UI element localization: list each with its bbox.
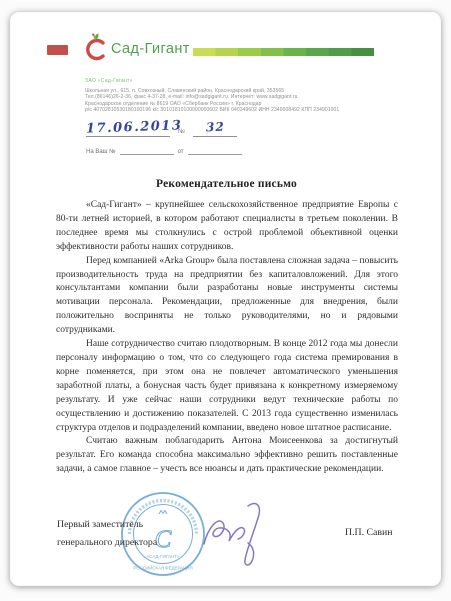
number-underline: 32 — [193, 118, 237, 137]
address-block: Школьная ул., 615, п. Совхозный, Славянс… — [85, 88, 339, 114]
green-gradient-bar — [193, 48, 374, 56]
reply-date-blank — [188, 148, 242, 155]
handwritten-date: 17.06.2013 — [86, 118, 183, 136]
date-underline: 17.06.2013 — [86, 118, 170, 137]
handwritten-number: 32 — [205, 120, 224, 135]
letter-document: Сад-Гигант ЗАО «Сад-Гигант» Школьная ул.… — [10, 12, 441, 586]
company-logo-icon — [82, 32, 109, 64]
signer-name: П.П. Савин — [345, 527, 393, 538]
signer-position-line: Первый заместитель — [57, 516, 157, 534]
paragraph: Считаю важным поблагодарить Антона Моисе… — [56, 435, 398, 477]
address-line: р/с 40702810530180100196 к/с 30101810100… — [85, 107, 339, 113]
reply-number-blank — [120, 148, 174, 155]
signer-position: Первый заместитель генерального директор… — [57, 516, 157, 552]
reference-row: 17.06.2013 № 32 — [86, 118, 237, 137]
stamp-company-text: «САД-ГИГАНТ» — [146, 554, 180, 559]
company-legal-name: ЗАО «Сад-Гигант» — [85, 78, 133, 84]
paragraph: «Сад-Гигант» – крупнейшее сельскохозяйст… — [56, 199, 398, 255]
stamp-center-letter: С — [155, 526, 172, 553]
scan-background: Сад-Гигант ЗАО «Сад-Гигант» Школьная ул.… — [0, 0, 451, 601]
letter-body: «Сад-Гигант» – крупнейшее сельскохозяйст… — [56, 199, 398, 477]
company-name: Сад-Гигант — [111, 41, 190, 57]
reply-from-label: от — [178, 149, 184, 155]
stamp-rim-text: РОССИЙСКАЯ ФЕДЕРАЦИЯ — [133, 566, 192, 571]
reply-reference-row: На Ваш № от — [86, 148, 242, 155]
paragraph: Наше сотрудничество считаю плодотворным.… — [56, 338, 398, 435]
handwritten-signature — [200, 497, 266, 571]
letter-title: Рекомендательное письмо — [56, 178, 397, 190]
reply-label: На Ваш № — [86, 149, 116, 155]
signer-position-line: генерального директора — [57, 534, 157, 552]
red-mark — [47, 45, 68, 55]
paragraph: Перед компанией «Arka Group» была постав… — [56, 255, 398, 338]
